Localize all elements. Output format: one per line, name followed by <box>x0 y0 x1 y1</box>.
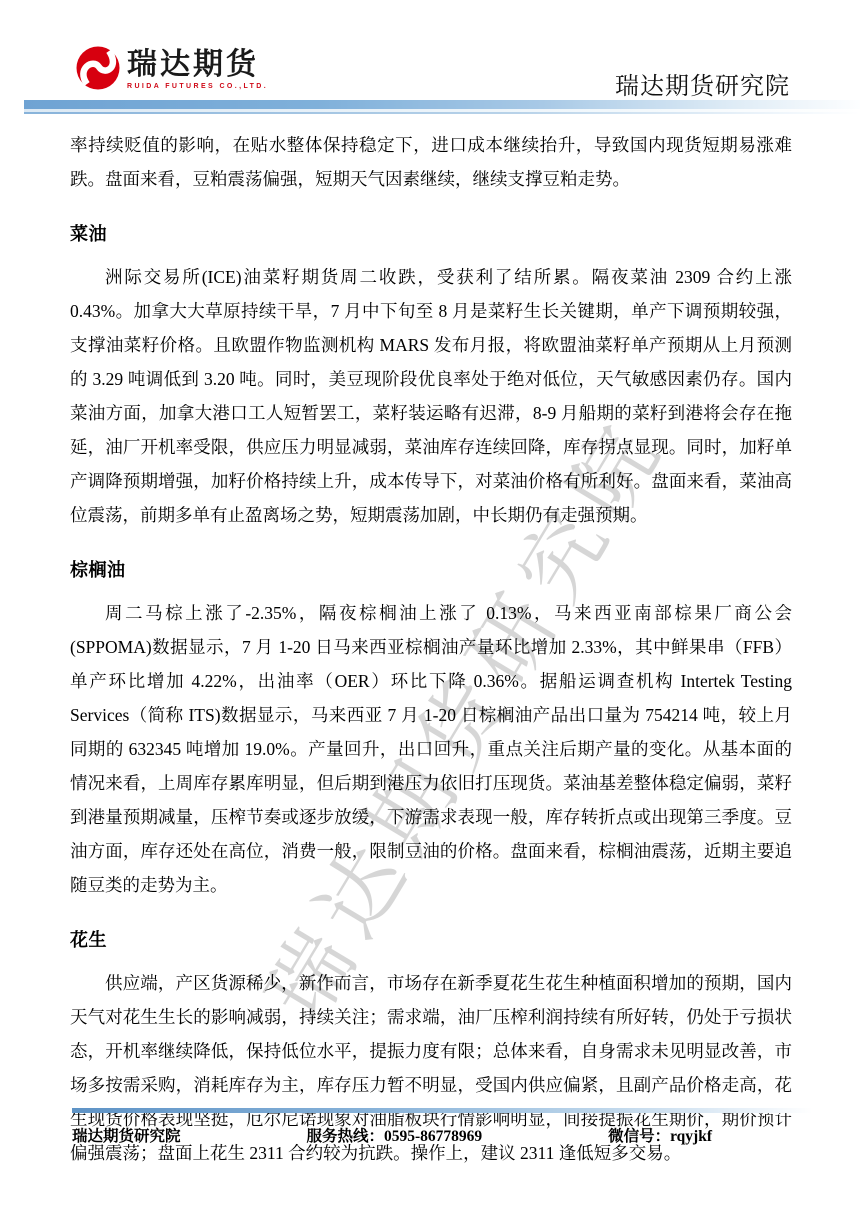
footer-institute: 瑞达期货研究院 <box>72 1122 181 1152</box>
brand-text: 瑞达期货 RUIDA FUTURES CO.,LTD. <box>127 44 268 90</box>
header-divider-bar-bottom <box>24 112 860 114</box>
footer-hotline: 服务热线：0595-86778969 <box>306 1122 482 1152</box>
company-logo: 瑞达期货 RUIDA FUTURES CO.,LTD. <box>74 44 268 92</box>
header-divider-bar-main <box>24 100 860 109</box>
section-heading-zonglvyou: 棕榈油 <box>70 558 792 583</box>
section-heading-caiyou: 菜油 <box>70 222 792 247</box>
section-body-zonglvyou: 周二马棕上涨了-2.35%，隔夜棕榈油上涨了 0.13%，马来西亚南部棕果厂商公… <box>70 596 792 902</box>
header-divider-bar <box>24 100 860 114</box>
ruida-logo-icon <box>74 44 122 92</box>
report-body: 率持续贬值的影响，在贴水整体保持稳定下，进口成本继续抬升，导致国内现货短期易涨难… <box>70 128 792 1170</box>
section-heading-huasheng: 花生 <box>70 928 792 953</box>
paragraph-continuation: 率持续贬值的影响，在贴水整体保持稳定下，进口成本继续抬升，导致国内现货短期易涨难… <box>70 128 792 196</box>
header-institute-title: 瑞达期货研究院 <box>615 66 790 101</box>
section-body-caiyou: 洲际交易所(ICE)油菜籽期货周二收跌，受获利了结所累。隔夜菜油 2309 合约… <box>70 260 792 532</box>
brand-name-en: RUIDA FUTURES CO.,LTD. <box>127 83 268 90</box>
brand-name-cn: 瑞达期货 <box>127 48 268 82</box>
footer-wechat: 微信号：rqyjkf <box>608 1122 712 1152</box>
footer-divider-rule <box>72 1108 812 1113</box>
footer: 瑞达期货研究院 服务热线：0595-86778969 微信号：rqyjkf <box>72 1122 712 1152</box>
